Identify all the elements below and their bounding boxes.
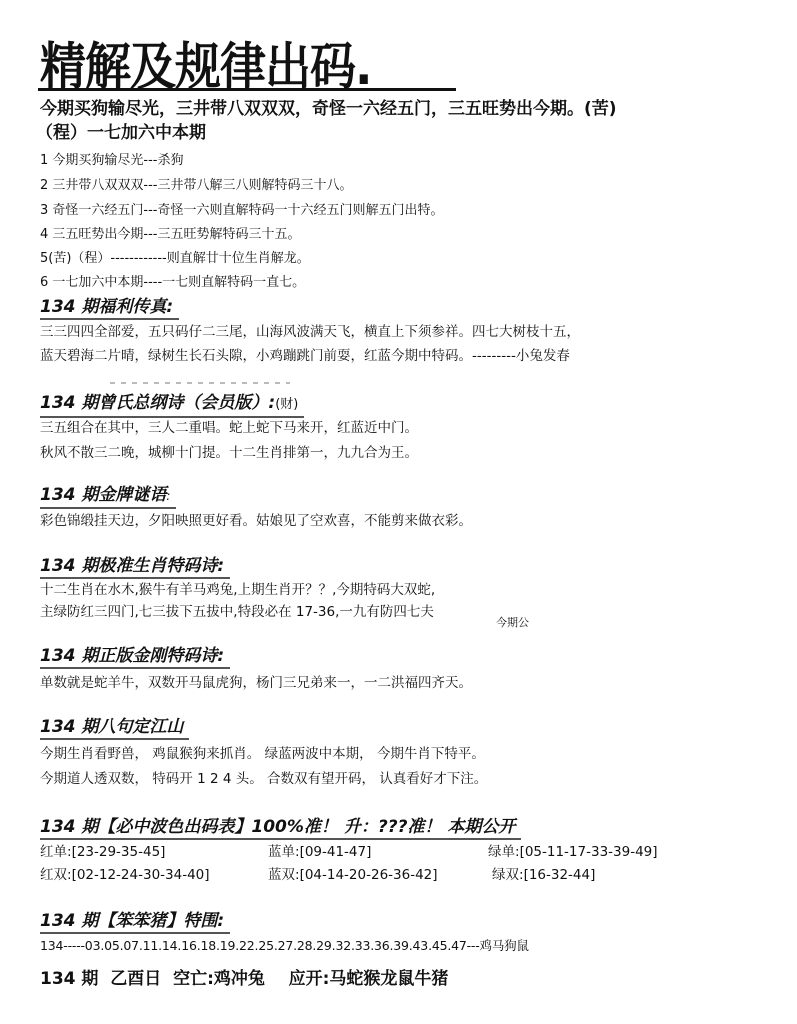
- wave-red-even: 红双:[02-12-24-30-34-40]: [40, 865, 210, 885]
- wave-value: [16-32-44]: [524, 867, 596, 883]
- section-heading-fuli: 134 期福利传真:: [40, 296, 179, 320]
- section-heading-baju: 134 期八句定江山: [40, 716, 189, 740]
- zengshi-line-1: 三五组合在其中，三人二重唱。蛇上蛇下马来开，红蓝近中门。: [40, 418, 418, 438]
- list-item: 6 一七加六中本期----一七则直解特码一直七。: [40, 274, 305, 292]
- jinpai-heading-text: 134 期金牌谜语: [40, 485, 166, 505]
- kongwang-label: 空亡:: [173, 969, 214, 989]
- yingkai-value: 马蛇猴龙鼠牛猪: [329, 969, 448, 989]
- wave-blue-odd: 蓝单:[09-41-47]: [268, 842, 371, 862]
- period-summary: 134 期 乙酉日 空亡:鸡冲兔 应开:马蛇猴龙鼠牛猪: [40, 968, 448, 990]
- jingang-line-1: 单数就是蛇羊牛，双数开马鼠虎狗，杨门三兄弟来一，一二洪福四齐天。: [40, 673, 472, 693]
- wave-value: [09-41-47]: [300, 844, 372, 860]
- fuli-line-1: 三三四四全部爱，五只码仔二三尾，山海风波满天飞，横直上下须参祥。四七大树枝十五，: [40, 322, 580, 342]
- wave-label: 红双:: [40, 867, 72, 883]
- wave-label: 蓝双:: [268, 867, 300, 883]
- wave-label: 绿双:: [492, 867, 524, 883]
- jizhun-line-1: 十二生肖在水木,猴牛有羊马鸡兔,上期生肖开？？,今期特码大双蛇,: [40, 580, 435, 600]
- section-heading-bozhong: 134 期【必中波色出码表】100%准！ 升：???准！ 本期公开: [40, 816, 521, 840]
- zengshi-heading-text: 134 期曾氏总纲诗（会员版）:: [40, 393, 275, 413]
- jinpai-colon: :: [166, 489, 170, 503]
- wave-green-even: 绿双:[16-32-44]: [492, 865, 595, 885]
- benbenzhu-numbers: 134-----03.05.07.11.14.16.18.19.22.25.27…: [40, 936, 529, 956]
- intro-line-1: 今期买狗输尽光，三井带八双双双，奇怪一六经五门，三五旺势出今期。(苦): [40, 98, 617, 120]
- wave-value: [05-11-17-33-39-49]: [520, 844, 658, 860]
- wave-red-odd: 红单:[23-29-35-45]: [40, 842, 165, 862]
- faint-artifact: [110, 382, 290, 384]
- wave-label: 红单:: [40, 844, 72, 860]
- zengshi-line-2: 秋风不散三二晚，城柳十门提。十二生肖排第一，九九合为王。: [40, 443, 418, 463]
- title-underline: [38, 88, 456, 91]
- wave-label: 蓝单:: [268, 844, 300, 860]
- section-heading-zengshi: 134 期曾氏总纲诗（会员版）:(财): [40, 392, 304, 418]
- yingkai-label: 应开:: [289, 969, 330, 989]
- jizhun-line-2: 主绿防红三四门,七三拔下五拔中,特段必在 17-36,一九有防四七夫: [40, 602, 434, 622]
- fuli-line-2: 蓝天碧海二片晴，绿树生长石头隙，小鸡蹦跳门前耍，红蓝今期中特码。--------…: [40, 346, 570, 366]
- wave-blue-even: 蓝双:[04-14-20-26-36-42]: [268, 865, 438, 885]
- kongwang-value: 鸡冲兔: [214, 969, 265, 989]
- section-heading-jingang: 134 期正版金刚特码诗:: [40, 645, 230, 669]
- page-title: 精解及规律出码.: [40, 38, 371, 95]
- list-item: 5(苦)（程）------------则直解廿十位生肖解龙。: [40, 250, 310, 268]
- wave-value: [23-29-35-45]: [72, 844, 166, 860]
- wave-green-odd: 绿单:[05-11-17-33-39-49]: [488, 842, 658, 862]
- section-heading-jizhun: 134 期极准生肖特码诗:: [40, 555, 230, 579]
- list-item: 2 三井带八双双双---三井带八解三八则解特码三十八。: [40, 177, 352, 195]
- wave-value: [02-12-24-30-34-40]: [72, 867, 210, 883]
- list-item: 4 三五旺势出今期---三五旺势解特码三十五。: [40, 226, 300, 244]
- list-item: 3 奇怪一六经五门---奇怪一六则直解特码一十六经五门则解五门出特。: [40, 202, 443, 220]
- list-item: 1 今期买狗输尽光---杀狗: [40, 152, 183, 170]
- wave-label: 绿单:: [488, 844, 520, 860]
- day-label: 乙酉日: [110, 969, 161, 989]
- zengshi-suffix: (财): [275, 397, 298, 412]
- jizhun-note: 今期公: [496, 614, 529, 630]
- baju-line-1: 今期生肖看野兽， 鸡鼠猴狗来抓肖。 绿蓝两波中本期， 今期牛肖下特平。: [40, 744, 485, 764]
- section-heading-benbenzhu: 134 期【笨笨猪】特围:: [40, 910, 230, 934]
- jinpai-line-1: 彩色锦缎挂天边，夕阳映照更好看。姑娘见了空欢喜，不能剪来做衣彩。: [40, 511, 472, 531]
- intro-line-2: （程）一七加六中本期: [36, 122, 206, 144]
- baju-line-2: 今期道人透双数， 特码开 1 2 4 头。 合数双有望开码， 认真看好才下注。: [40, 769, 487, 789]
- wave-value: [04-14-20-26-36-42]: [300, 867, 438, 883]
- section-heading-jinpai: 134 期金牌谜语:: [40, 484, 176, 509]
- period-label: 134 期: [40, 969, 98, 989]
